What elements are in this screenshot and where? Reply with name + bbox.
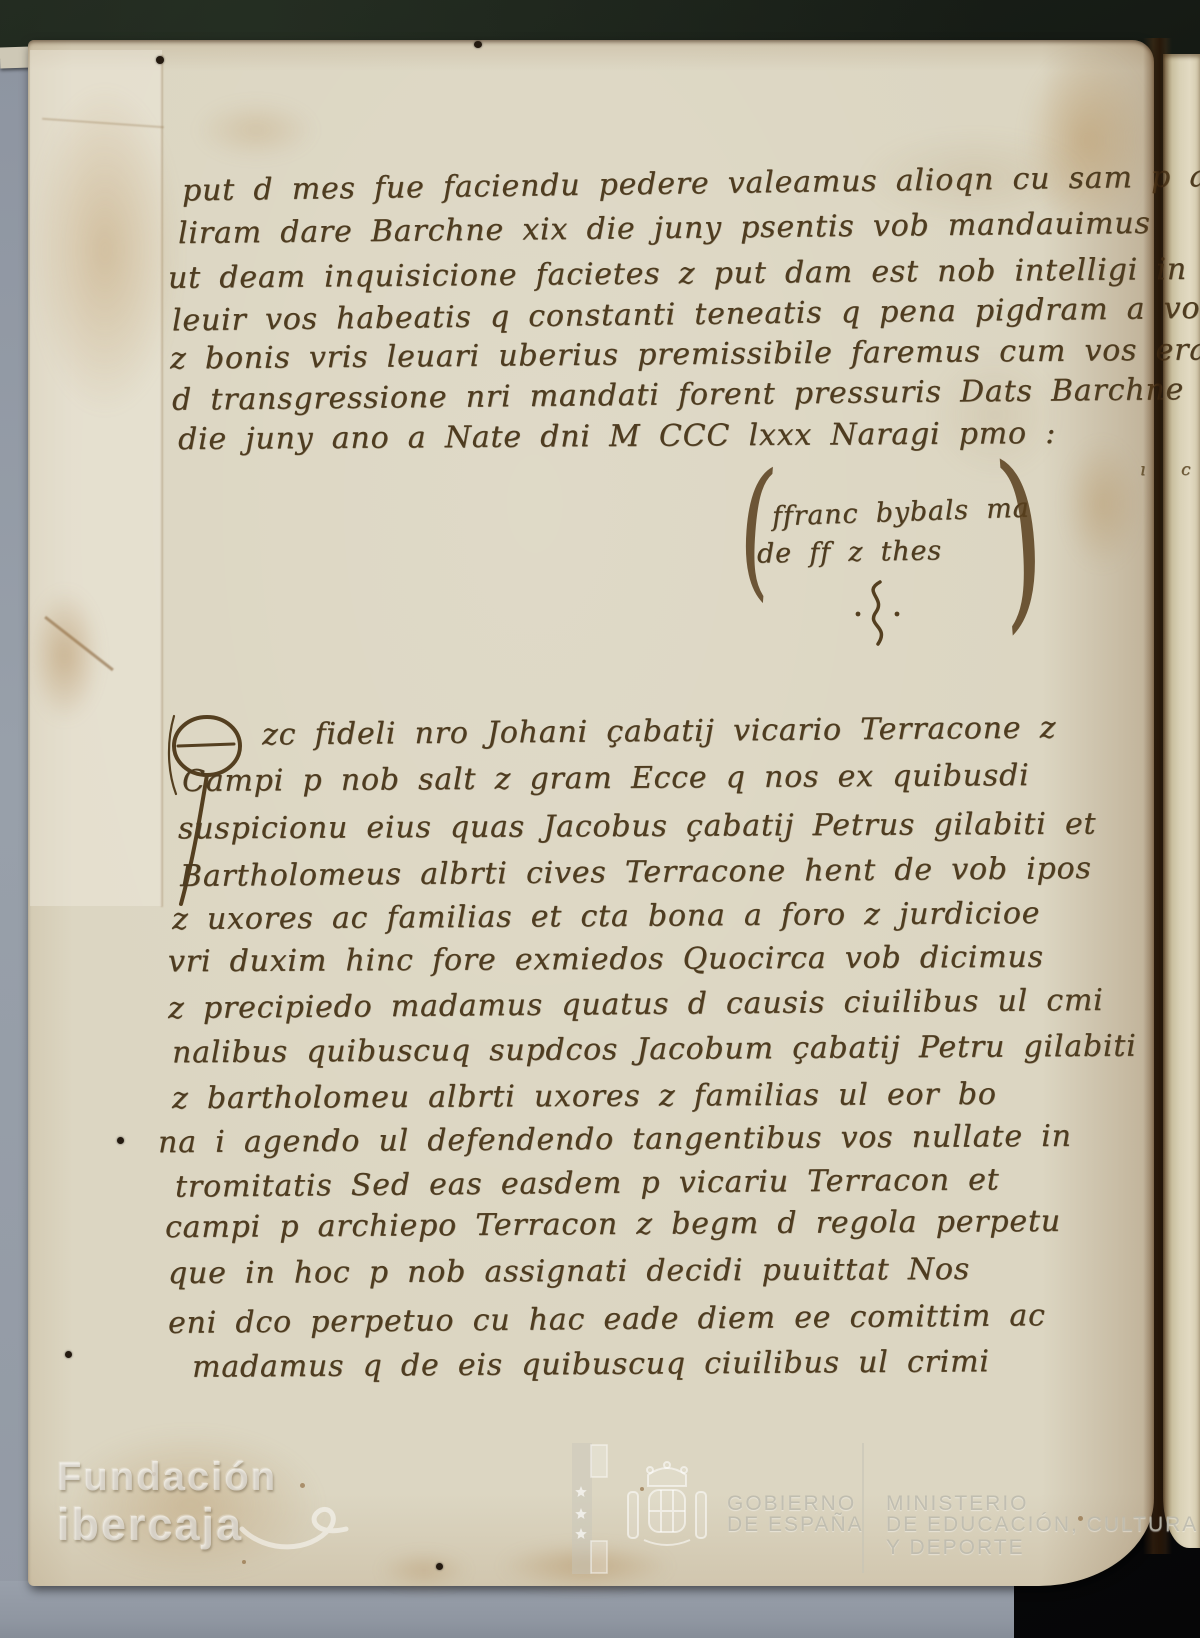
stain-blob [1063,438,1141,570]
paragraph-2-line-11: tromitatis Sed eas easdem p vicariu Terr… [175,1162,1000,1204]
foxing-dot [300,1483,305,1488]
gutter-pen-mark: ı [1140,460,1146,480]
ministerio-text-line-3: Y DEPORTE [886,1536,1025,1560]
paragraph-2-line-10: na i agendo ul defendendo tangentibus vo… [158,1119,1072,1160]
wormhole [436,1563,443,1570]
paragraph-2-line-9: z bartholomeu albrti uxores z familias u… [172,1077,997,1116]
wormhole [117,1137,124,1144]
wormhole [65,1351,72,1358]
binding-cloth-sliver [0,46,31,68]
ministerio-text-line-2: DE EDUCACIÓN, CULTURA [886,1513,1198,1537]
paragraph-2-line-8: nalibus quibuscuq supdcos Jacobum çabati… [172,1029,1137,1071]
paragraph-2-line-1: zc fideli nro Johani çabatij vicario Ter… [262,711,1057,753]
photo-root: put d mes fue faciendu pedere valeamus a… [0,0,1200,1638]
paragraph-2-line-2: Campi p nob salt z gram Ecce q nos ex qu… [182,758,1030,799]
paragraph-2-line-13: que in hoc p nob assignati decidi puuitt… [168,1252,970,1291]
fundacion-wordmark-line-2: ibercaja [57,1499,243,1551]
watermark-divider [862,1443,864,1573]
book-gutter-shadow [1143,38,1172,1554]
wormhole [474,41,482,48]
signature-line-2: de ff z thes [757,535,942,569]
stain-blob [378,1552,470,1588]
gobierno-text-line-2: DE ESPAÑA [727,1513,864,1537]
paragraph-2-line-5: z uxores ac familias et cta bona a foro … [172,896,1040,937]
spain-coat-of-arms-icon [620,1458,715,1564]
stain-blob [30,85,180,415]
spain-flag-icon [568,1442,610,1576]
ibercaja-swoosh-icon [238,1495,356,1565]
paragraph-2-line-12: campi p archiepo Terracon z begm d regol… [165,1204,1061,1245]
paragraph-2-line-15: madamus q de eis quibuscuq ciuilibus ul … [192,1344,990,1385]
wormhole [156,56,164,64]
stain-blob [30,588,100,723]
grey-board-bottom [0,1581,1014,1638]
stain-blob [196,100,316,160]
facing-page-pen-mark: c [1181,460,1191,480]
notarial-flourish [850,578,905,650]
fundacion-wordmark-line-1: Fundación [57,1455,277,1500]
paragraph-2-line-6: vri duxim hinc fore exmiedos Quocirca vo… [168,940,1044,980]
paragraph-1-line-7: die juny ano a Nate dni M CCC lxxx Narag… [178,416,1056,457]
paragraph-2-line-3: suspicionu eius quas Jacobus çabatij Pet… [178,807,1096,847]
